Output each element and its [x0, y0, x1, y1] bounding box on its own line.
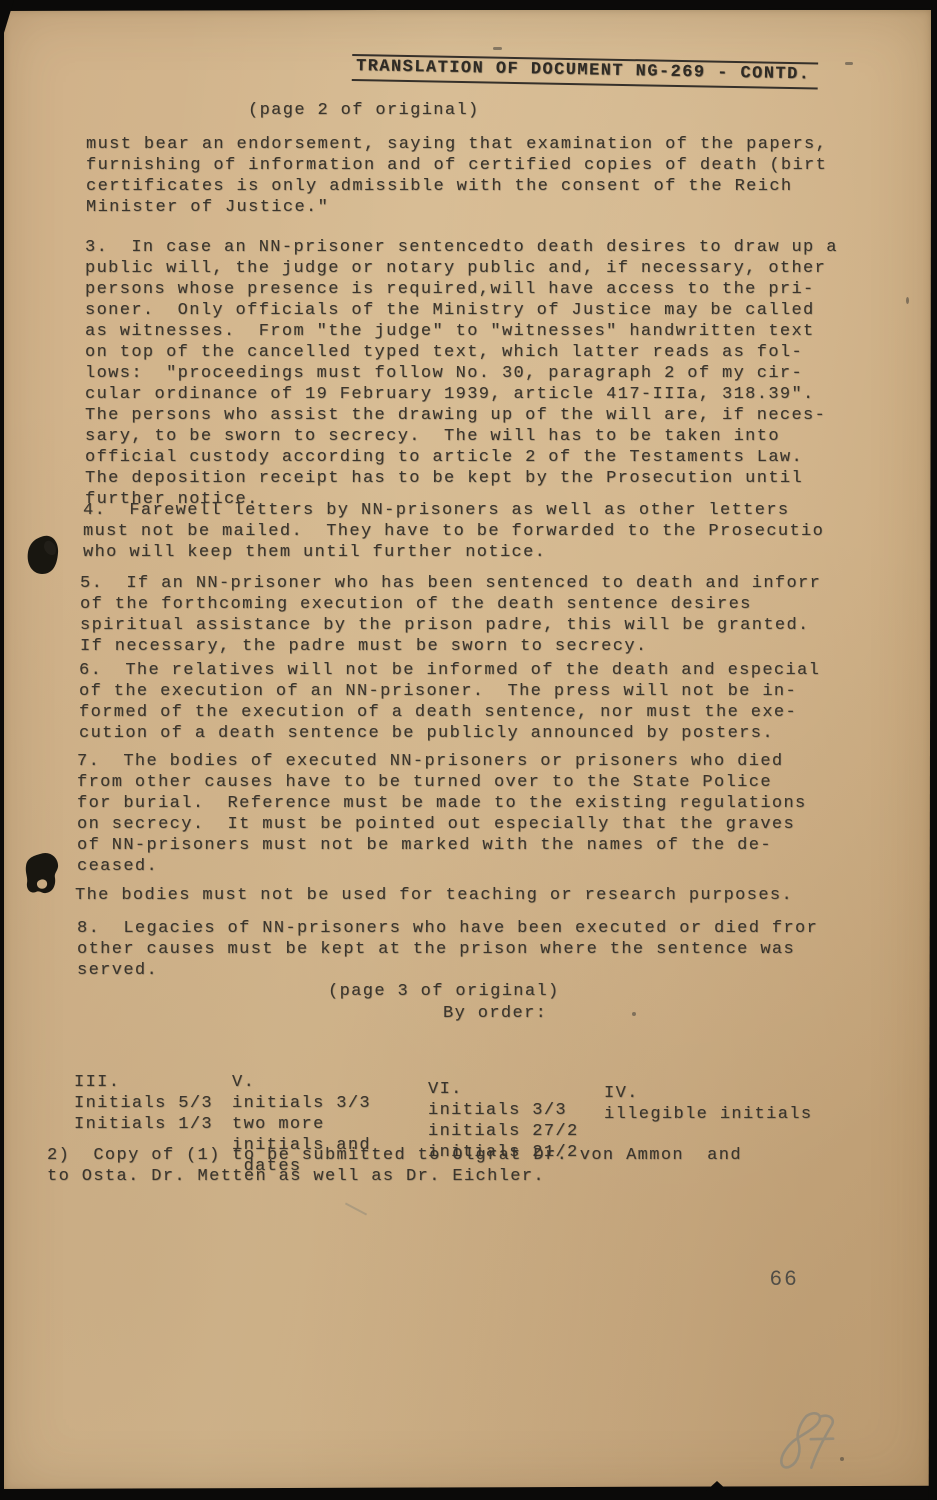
paragraph-4: 4. Farewell letters by NN-prisoners as w… — [83, 500, 824, 563]
initials-column-IV: IV.illegible initials — [604, 1041, 812, 1125]
paragraph-7: 7. The bodies of executed NN-prisoners o… — [77, 751, 807, 877]
stray-mark — [493, 47, 502, 50]
initials-column-IV-label: IV. — [604, 1083, 812, 1104]
photo-edge-bottom — [0, 1486, 937, 1500]
initials-column-III-text: Initials 5/3 Initials 1/3 — [74, 1094, 213, 1134]
stray-mark — [906, 297, 909, 304]
initials-column-III: III.Initials 5/3 Initials 1/3 — [74, 1030, 213, 1135]
stray-mark — [845, 62, 853, 65]
page3-caption: (page 3 of original) — [328, 981, 560, 1002]
paragraph-5: 5. If an NN-prisoner who has been senten… — [80, 573, 821, 657]
scanned-document-photo: { "colors": { "paper": "#d0b189", "ink":… — [0, 0, 937, 1500]
paragraph-6: 6. The relatives will not be informed of… — [79, 660, 820, 744]
footnote-copy: 2) Copy of (1) to be submitted to Olgrat… — [47, 1145, 742, 1187]
ink-blot-top — [26, 535, 62, 577]
page2-caption: (page 2 of original) — [248, 100, 480, 121]
pencil-annotation — [766, 1400, 851, 1489]
page-number: 66 — [770, 1268, 799, 1289]
bodies-note: The bodies must not be used for teaching… — [75, 885, 793, 906]
by-order-caption: By order: — [443, 1003, 547, 1024]
stray-mark — [840, 1457, 844, 1461]
initials-column-VI-label: VI. — [428, 1079, 579, 1100]
initials-column-III-label: III. — [74, 1072, 213, 1093]
ink-blot-bottom — [24, 852, 64, 898]
initials-column-V-label: V. — [232, 1072, 371, 1093]
photo-edge-right — [929, 0, 937, 1500]
paragraph-8: 8. Legacies of NN-prisoners who have bee… — [77, 918, 818, 981]
initials-column-IV-text: illegible initials — [604, 1105, 812, 1124]
paragraph-3: 3. In case an NN-prisoner sentencedto de… — [85, 237, 838, 510]
stray-mark — [632, 1012, 636, 1016]
paragraph-intro: must bear an endorsement, saying that ex… — [86, 134, 827, 218]
photo-edge-left — [0, 0, 4, 1500]
